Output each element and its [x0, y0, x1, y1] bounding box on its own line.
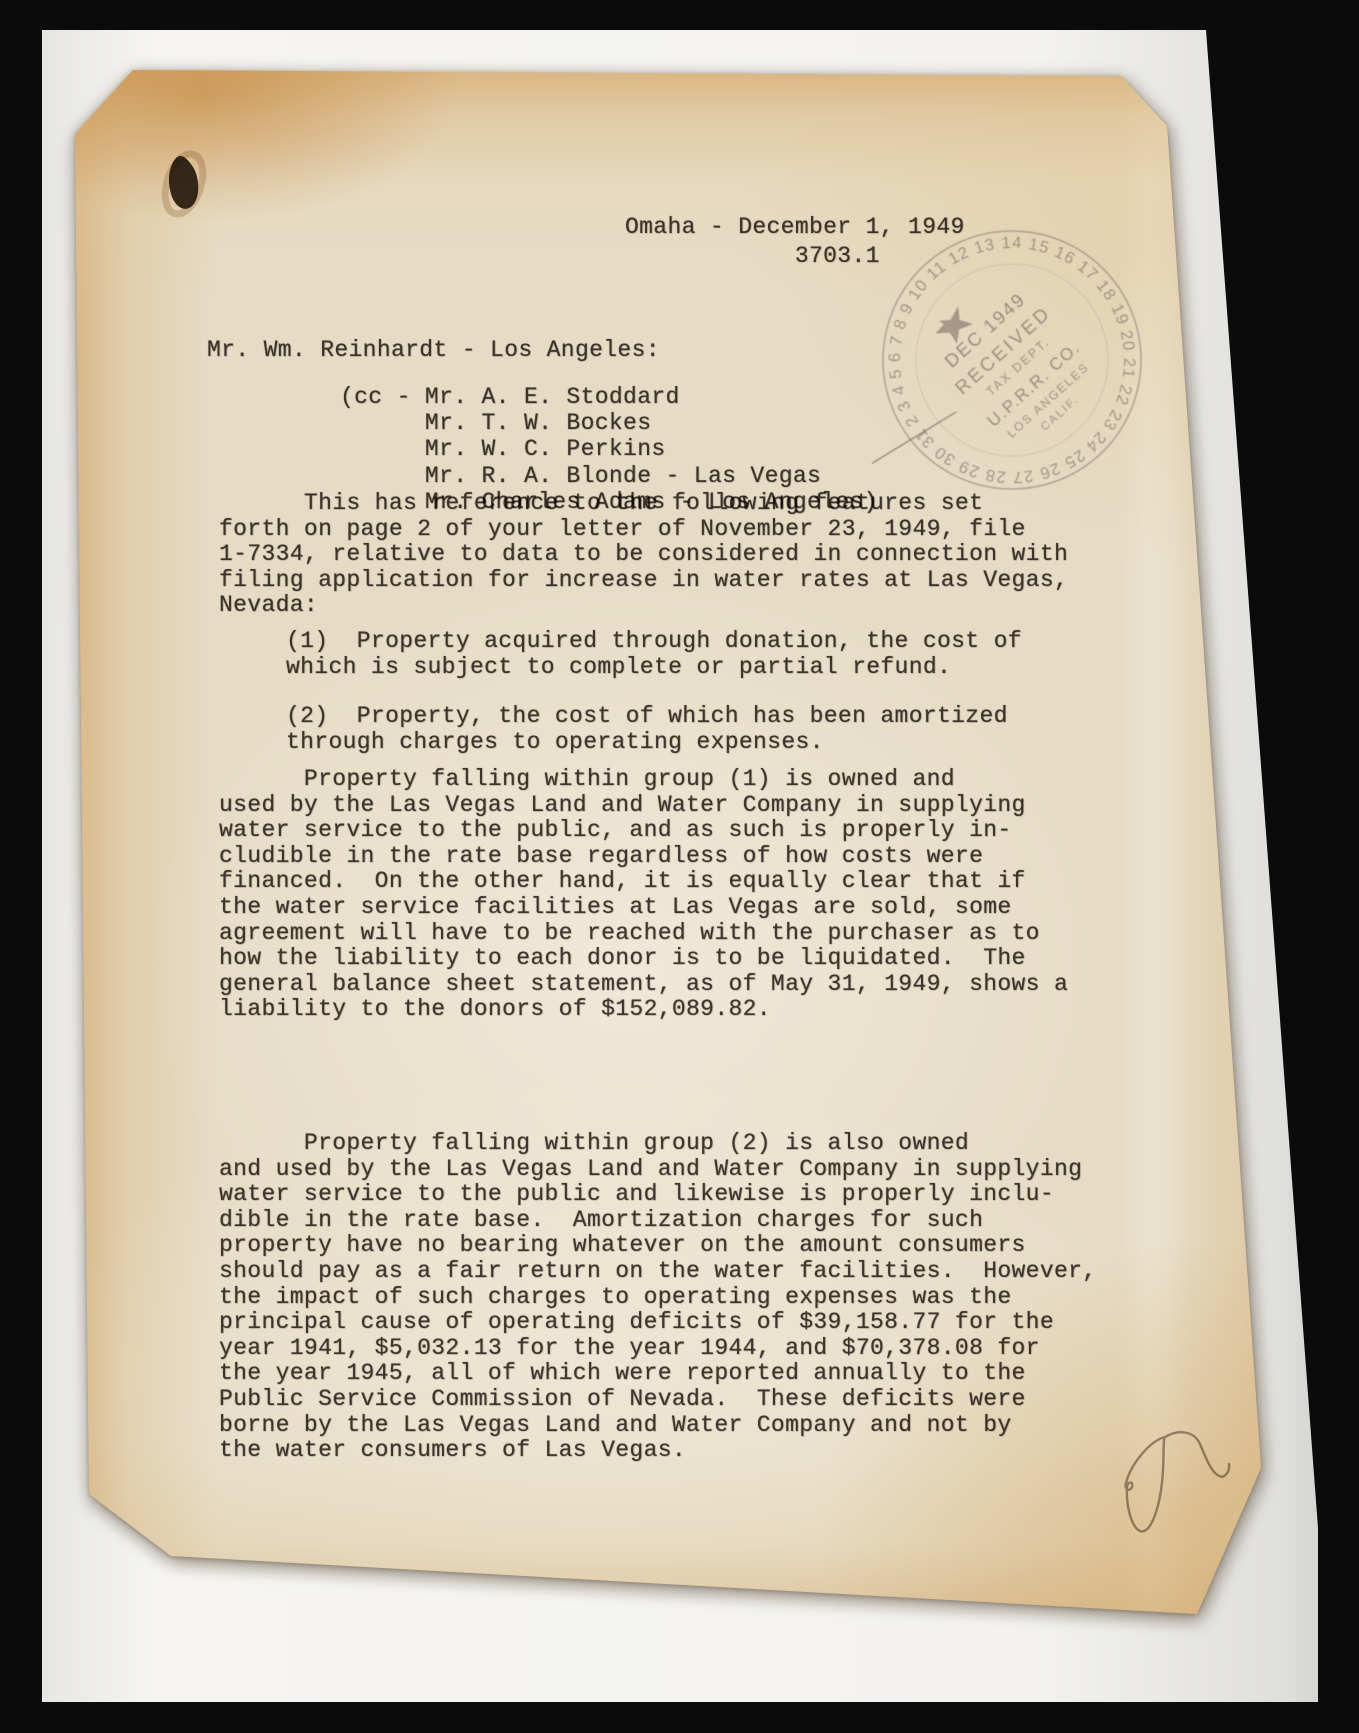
pencil-mark	[1126, 1432, 1230, 1531]
annotation-overlay	[0, 0, 1359, 1733]
punch-hole	[169, 156, 198, 209]
